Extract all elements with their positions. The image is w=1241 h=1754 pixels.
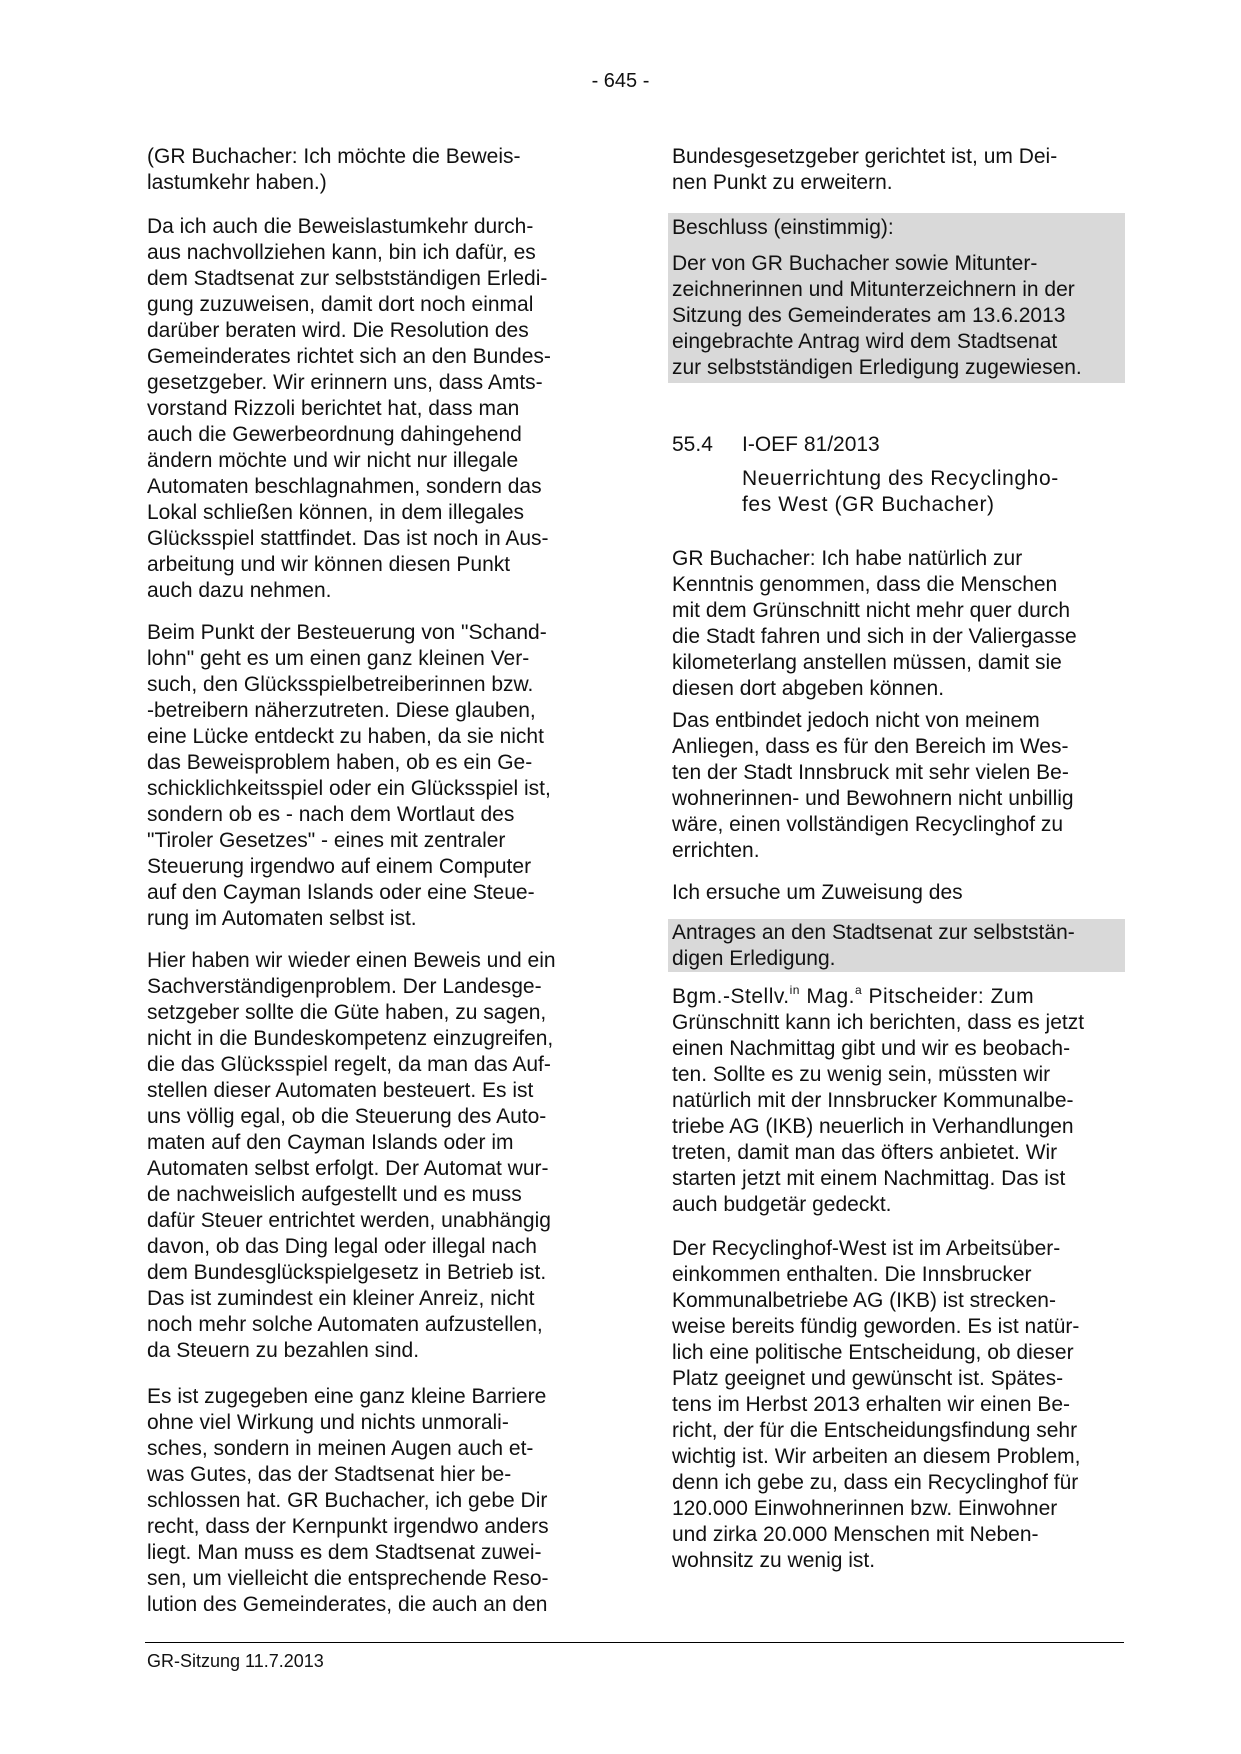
text-line: Steuerung irgendwo auf einem Computer [147,854,551,880]
speaker-title-suffix: in [790,983,800,997]
text-line: Hier haben wir wieder einen Beweis und e… [147,948,556,974]
text-line: Bundesgesetzgeber gerichtet ist, um Dei- [672,144,1057,170]
text-line: darüber beraten wird. Die Resolution des [147,318,551,344]
text-line: gesetzgeber. Wir erinnern uns, dass Amts… [147,370,551,396]
text-line: was Gutes, das der Stadtsenat hier be- [147,1462,549,1488]
text-line: (GR Buchacher: Ich möchte die Beweis- [147,144,521,170]
text-line: da Steuern zu bezahlen sind. [147,1338,556,1364]
text-line: liegt. Man muss es dem Stadtsenat zuwei- [147,1540,549,1566]
text-line: Ich ersuche um Zuweisung des [672,880,963,906]
text-line: GR Buchacher: Ich habe natürlich zur [672,546,1077,572]
text-line: diesen dort abgeben können. [672,676,1077,702]
text-line: rung im Automaten selbst ist. [147,906,551,932]
footer-rule [145,1642,1124,1643]
text-line: wichtig ist. Wir arbeiten an diesem Prob… [672,1444,1081,1470]
text-line: zur selbstständigen Erledigung zugewiese… [672,355,1082,381]
text-line: dem Stadtsenat zur selbstständigen Erled… [147,266,551,292]
text-line: ändern möchte und wir nicht nur illegale [147,448,551,474]
text-line: 120.000 Einwohnerinnen bzw. Einwohner [672,1496,1081,1522]
text-line: "Tiroler Gesetzes" - eines mit zentraler [147,828,551,854]
text-line: de nachweislich aufgestellt und es muss [147,1182,556,1208]
text-line: Da ich auch die Beweislastumkehr durch- [147,214,551,240]
text-line: eine Lücke entdeckt zu haben, da sie nic… [147,724,551,750]
text-line: das Beweisproblem haben, ob es ein Ge- [147,750,551,776]
text-line: maten auf den Cayman Islands oder im [147,1130,556,1156]
text-line: stellen dieser Automaten besteuert. Es i… [147,1078,556,1104]
text-line: uns völlig egal, ob die Steuerung des Au… [147,1104,556,1130]
item-title: Neuerrichtung des Recyclingho-fes West (… [742,466,1059,518]
text-line: Automaten selbst erfolgt. Der Automat wu… [147,1156,556,1182]
text-line: arbeitung und wir können diesen Punkt [147,552,551,578]
text-line: Es ist zugegeben eine ganz kleine Barrie… [147,1384,549,1410]
text-line: sen, um vielleicht die entsprechende Res… [147,1566,549,1592]
speaker-line: Bgm.-Stellv.in Mag.a Pitscheider: Zum [672,984,1034,1010]
right-paragraph-4: Ich ersuche um Zuweisung des [672,880,963,906]
text-line: lastumkehr haben.) [147,170,521,196]
text-line: Anliegen, dass es für den Bereich im Wes… [672,734,1074,760]
text-line: treten, damit man das öfters anbietet. W… [672,1140,1084,1166]
text-line: Automaten beschlagnahmen, sondern das [147,474,551,500]
footer-text: GR-Sitzung 11.7.2013 [147,1650,324,1672]
text-line: schicklichkeitsspiel oder ein Glücksspie… [147,776,551,802]
text-line: sondern ob es - nach dem Wortlaut des [147,802,551,828]
text-line: fes West (GR Buchacher) [742,492,1059,518]
item-number: 55.4 [672,432,713,458]
text-line: Kenntnis genommen, dass die Menschen [672,572,1077,598]
text-line: mit dem Grünschnitt nicht mehr quer durc… [672,598,1077,624]
left-paragraph-5: Es ist zugegeben eine ganz kleine Barrie… [147,1384,549,1618]
text-line: die das Glücksspiel regelt, da man das A… [147,1052,556,1078]
text-line: digen Erledigung. [672,946,1075,972]
text-line: eingebrachte Antrag wird dem Stadtsenat [672,329,1082,355]
text-line: Beim Punkt der Besteuerung von "Schand- [147,620,551,646]
text-line: starten jetzt mit einem Nachmittag. Das … [672,1166,1084,1192]
text-line: vorstand Rizzoli berichtet hat, dass man [147,396,551,422]
text-line: Der Recyclinghof-West ist im Arbeitsüber… [672,1236,1081,1262]
text-line: ten. Sollte es zu wenig sein, müssten wi… [672,1062,1084,1088]
text-line: setzgeber sollte die Güte haben, zu sage… [147,1000,556,1026]
text-line: sches, sondern in meinen Augen auch et- [147,1436,549,1462]
text-line: davon, ob das Ding legal oder illegal na… [147,1234,556,1260]
text-line: Der von GR Buchacher sowie Mitunter- [672,251,1082,277]
text-line: dafür Steuer entrichtet werden, unabhäng… [147,1208,556,1234]
text-line: nen Punkt zu erweitern. [672,170,1057,196]
text-line: Das entbindet jedoch nicht von meinem [672,708,1074,734]
resolution-text: Der von GR Buchacher sowie Mitunter-zeic… [672,251,1082,381]
text-line: Antrages an den Stadtsenat zur selbststä… [672,920,1075,946]
text-line: auch die Gewerbeordnung dahingehend [147,422,551,448]
left-paragraph-1: (GR Buchacher: Ich möchte die Beweis-las… [147,144,521,196]
text-line: triebe AG (IKB) neuerlich in Verhandlung… [672,1114,1084,1140]
text-line: wohnerinnen- und Bewohnern nicht unbilli… [672,786,1074,812]
text-line: noch mehr solche Automaten aufzustellen, [147,1312,556,1338]
text-line: aus nachvollziehen kann, bin ich dafür, … [147,240,551,266]
text-line: denn ich gebe zu, dass ein Recyclinghof … [672,1470,1081,1496]
left-paragraph-2: Da ich auch die Beweislastumkehr durch-a… [147,214,551,604]
text-line: Das ist zumindest ein kleiner Anreiz, ni… [147,1286,556,1312]
text-line: schlossen hat. GR Buchacher, ich gebe Di… [147,1488,549,1514]
text-line: such, den Glücksspielbetreiberinnen bzw. [147,672,551,698]
text-line: Platz geeignet und gewünscht ist. Spätes… [672,1366,1081,1392]
resolution-label: Beschluss (einstimmig): [672,215,894,241]
text-line: Sachverständigenproblem. Der Landesge- [147,974,556,1000]
text-line: wohnsitz zu wenig ist. [672,1548,1081,1574]
speaker-name: Pitscheider: Zum [862,985,1034,1008]
text-line: Sitzung des Gemeinderates am 13.6.2013 [672,303,1082,329]
text-line: ohne viel Wirkung und nichts unmorali- [147,1410,549,1436]
text-line: dem Bundesglückspielgesetz in Betrieb is… [147,1260,556,1286]
text-line: gung zuzuweisen, damit dort noch einmal [147,292,551,318]
text-line: auch budgetär gedeckt. [672,1192,1084,1218]
text-line: Grünschnitt kann ich berichten, dass es … [672,1010,1084,1036]
request-text: Antrages an den Stadtsenat zur selbststä… [672,920,1075,972]
text-line: -betreibern näherzutreten. Diese glauben… [147,698,551,724]
right-paragraph-5: Grünschnitt kann ich berichten, dass es … [672,1010,1084,1218]
right-paragraph-3: Das entbindet jedoch nicht von meinemAnl… [672,708,1074,864]
text-line: und zirka 20.000 Menschen mit Neben- [672,1522,1081,1548]
text-line: lohn" geht es um einen ganz kleinen Ver- [147,646,551,672]
text-line: errichten. [672,838,1074,864]
text-line: Kommunalbetriebe AG (IKB) ist strecken- [672,1288,1081,1314]
text-line: Glücksspiel stattfindet. Das ist noch in… [147,526,551,552]
text-line: nicht in die Bundeskompetenz einzugreife… [147,1026,556,1052]
text-line: lution des Gemeinderates, die auch an de… [147,1592,549,1618]
item-code: I-OEF 81/2013 [742,432,880,458]
text-line: natürlich mit der Innsbrucker Kommunalbe… [672,1088,1084,1114]
text-line: tens im Herbst 2013 erhalten wir einen B… [672,1392,1081,1418]
text-line: zeichnerinnen und Mitunterzeichnern in d… [672,277,1082,303]
text-line: ten der Stadt Innsbruck mit sehr vielen … [672,760,1074,786]
text-line: einkommen enthalten. Die Innsbrucker [672,1262,1081,1288]
page-number: - 645 - [0,68,1241,94]
text-line: die Stadt fahren und sich in der Valierg… [672,624,1077,650]
text-line: Lokal schließen können, in dem illegales [147,500,551,526]
text-line: auch dazu nehmen. [147,578,551,604]
text-line: weise bereits fündig geworden. Es ist na… [672,1314,1081,1340]
left-paragraph-3: Beim Punkt der Besteuerung von "Schand-l… [147,620,551,932]
text-line: lich eine politische Entscheidung, ob di… [672,1340,1081,1366]
text-line: richt, der für die Entscheidungsfindung … [672,1418,1081,1444]
left-paragraph-4: Hier haben wir wieder einen Beweis und e… [147,948,556,1364]
text-line: einen Nachmittag gibt und wir es beobach… [672,1036,1084,1062]
right-paragraph-1: Bundesgesetzgeber gerichtet ist, um Dei-… [672,144,1057,196]
right-paragraph-6: Der Recyclinghof-West ist im Arbeitsüber… [672,1236,1081,1574]
text-line: kilometerlang anstellen müssen, damit si… [672,650,1077,676]
text-line: auf den Cayman Islands oder eine Steue- [147,880,551,906]
text-line: Neuerrichtung des Recyclingho- [742,466,1059,492]
speaker-title: Bgm.-Stellv. [672,985,790,1008]
text-line: wäre, einen vollständigen Recyclinghof z… [672,812,1074,838]
text-line: recht, dass der Kernpunkt irgendwo ander… [147,1514,549,1540]
right-paragraph-2: GR Buchacher: Ich habe natürlich zurKenn… [672,546,1077,702]
text-line: Gemeinderates richtet sich an den Bundes… [147,344,551,370]
speaker-degree: Mag. [800,985,855,1008]
